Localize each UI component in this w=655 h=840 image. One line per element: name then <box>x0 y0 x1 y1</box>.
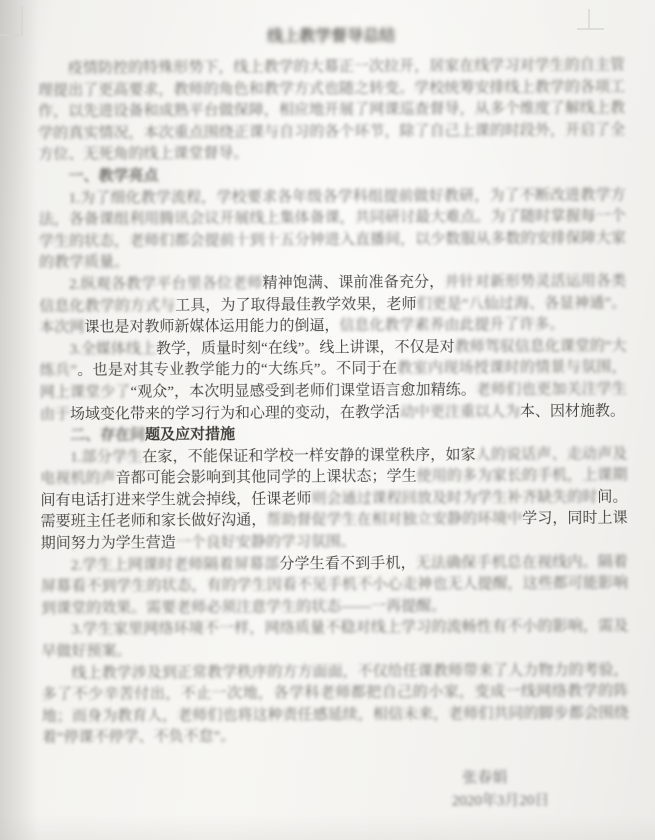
text-segment: 题及应对措施 <box>145 427 235 444</box>
redacted-text: 线上教学涉及到正常教学秩序的方方面面，不仅给任课教师带来了人力物力的考验，多了不… <box>42 662 629 746</box>
redacted-text: 3.学生家里网络环境不一样，网络质量不稳对线上学习的流畅性有不小的影响，需及早做… <box>41 619 628 660</box>
redacted-text: 动中更注重以人为 <box>400 403 520 420</box>
document-page: 线上教学督导总结 疫情防控的特殊形势下，线上教学的大幕正一次拉开，居家在线学习对… <box>38 22 630 815</box>
paragraph: 3.学生家里网络环境不一样，网络质量不稳对线上学习的流畅性有不小的影响，需及早做… <box>41 617 628 664</box>
text-segment: 场域变化带来的学习行为和心理的变动，在教学活 <box>70 404 400 422</box>
paragraph: 2.学生上网课时老师隔着屏幕部分学生看不到手机，无法确保手机总在视线内。隔着屏幕… <box>41 552 628 620</box>
text-segment: 本、因材施教。 <box>520 403 625 420</box>
redacted-text: 疫情防控的特殊形势下，线上教学的大幕正一次拉开，居家在线学习对学生的自主管理提出… <box>38 57 625 163</box>
redacted-text: 使用的多为家长的手机，上课期 <box>417 467 628 484</box>
photo-left-shadow <box>0 0 38 840</box>
paragraph: 2.纵观各教学平台里各位老师精神饱满、课前准备充分，并针对新形势灵活运用各类信息… <box>39 271 626 339</box>
redacted-text: 帮助督促学生在相对独立安静的环境中 <box>266 511 522 529</box>
fold-mark <box>0 34 20 36</box>
text-segment: 分学生看不到手机， <box>279 555 416 572</box>
text-segment: 间有电话打进来学生就会掉线，任课老师 <box>40 491 311 509</box>
photo-bottom-shadow <box>0 814 655 840</box>
redacted-text: 1.部分学生 <box>70 449 142 465</box>
redacted-date-text: 2020年3月20日 <box>452 792 550 809</box>
redacted-text: 2.学生上网课时老师隔着屏幕部 <box>71 556 280 573</box>
document-body: 疫情防控的特殊形势下，线上教学的大幕正一次拉开，居家在线学习对学生的自主管理提出… <box>38 55 629 750</box>
text-segment: 。也是对其专业教学能力的“大练兵”。不同于在 <box>77 361 397 379</box>
text-segment: 音都可能会影响到其他同学的上课状态；学生 <box>116 469 417 487</box>
redacted-text: 一个良好安静的学习氛围。 <box>176 534 356 551</box>
date-line: 2020年3月20日 <box>42 790 629 815</box>
text-segment: 精神饱满、课前准备充分， <box>262 274 444 291</box>
text-segment: 教学，质量时刻“在线”。线上讲课，不仅是对 <box>156 339 455 357</box>
text-segment: “观众”，本次明显感受到老师们课堂语言愈加精练。 <box>130 382 476 400</box>
redacted-text: 1.为了细化教学流程，学校要求各年级各学科组提前做好教研，为了不断改进教学方法，… <box>39 187 626 271</box>
redacted-title-text: 线上教学督导总结 <box>267 28 395 46</box>
document-title: 线上教学督导总结 <box>38 24 625 50</box>
paragraph: 线上教学涉及到正常教学秩序的方方面面，不仅给任课教师带来了人力物力的考验，多了不… <box>41 660 629 750</box>
redacted-text: 一、教学亮点 <box>68 168 158 185</box>
paragraph: 疫情防控的特殊形势下，线上教学的大幕正一次拉开，居家在线学习对学生的自主管理提出… <box>38 55 626 167</box>
paragraph: 1.为了细化教学流程，学校要求各年级各学科组提前做好教研，为了不断改进教学方法，… <box>39 185 627 275</box>
redacted-text: 2.纵观各教学平台里各位老师 <box>69 275 262 292</box>
text-segment: 工具，为了取得最佳教学效果，老师 <box>175 296 417 313</box>
text-segment: 课也是对教师新媒体运用能力的倒逼， <box>84 318 339 336</box>
redacted-text: 则会通过课程回放及时为学生补齐缺失的时 <box>311 489 597 507</box>
text-segment: 在家，不能保证和学校一样安静的课堂秩序，如家 <box>142 447 476 465</box>
fold-mark <box>21 6 23 36</box>
document-photo: 线上教学督导总结 疫情防控的特殊形势下，线上教学的大幕正一次拉开，居家在线学习对… <box>0 0 655 840</box>
paragraph: 3.全媒体线上教学，质量时刻“在线”。线上讲课，不仅是对教师驾驭信息化课堂的“大… <box>40 336 628 426</box>
redacted-text: 二、存在问 <box>70 427 145 443</box>
redacted-text: 3.全媒体线上 <box>70 341 156 358</box>
signature-line: 张春娟 <box>42 767 629 792</box>
paragraph: 1.部分学生在家，不能保证和学校一样安静的课堂秩序，如家人的说话声、走动声及电视… <box>40 444 628 556</box>
redacted-signature-name: 张春娟 <box>462 770 507 786</box>
redacted-text: 信息化教学素养由此提升了许多。 <box>339 317 564 334</box>
